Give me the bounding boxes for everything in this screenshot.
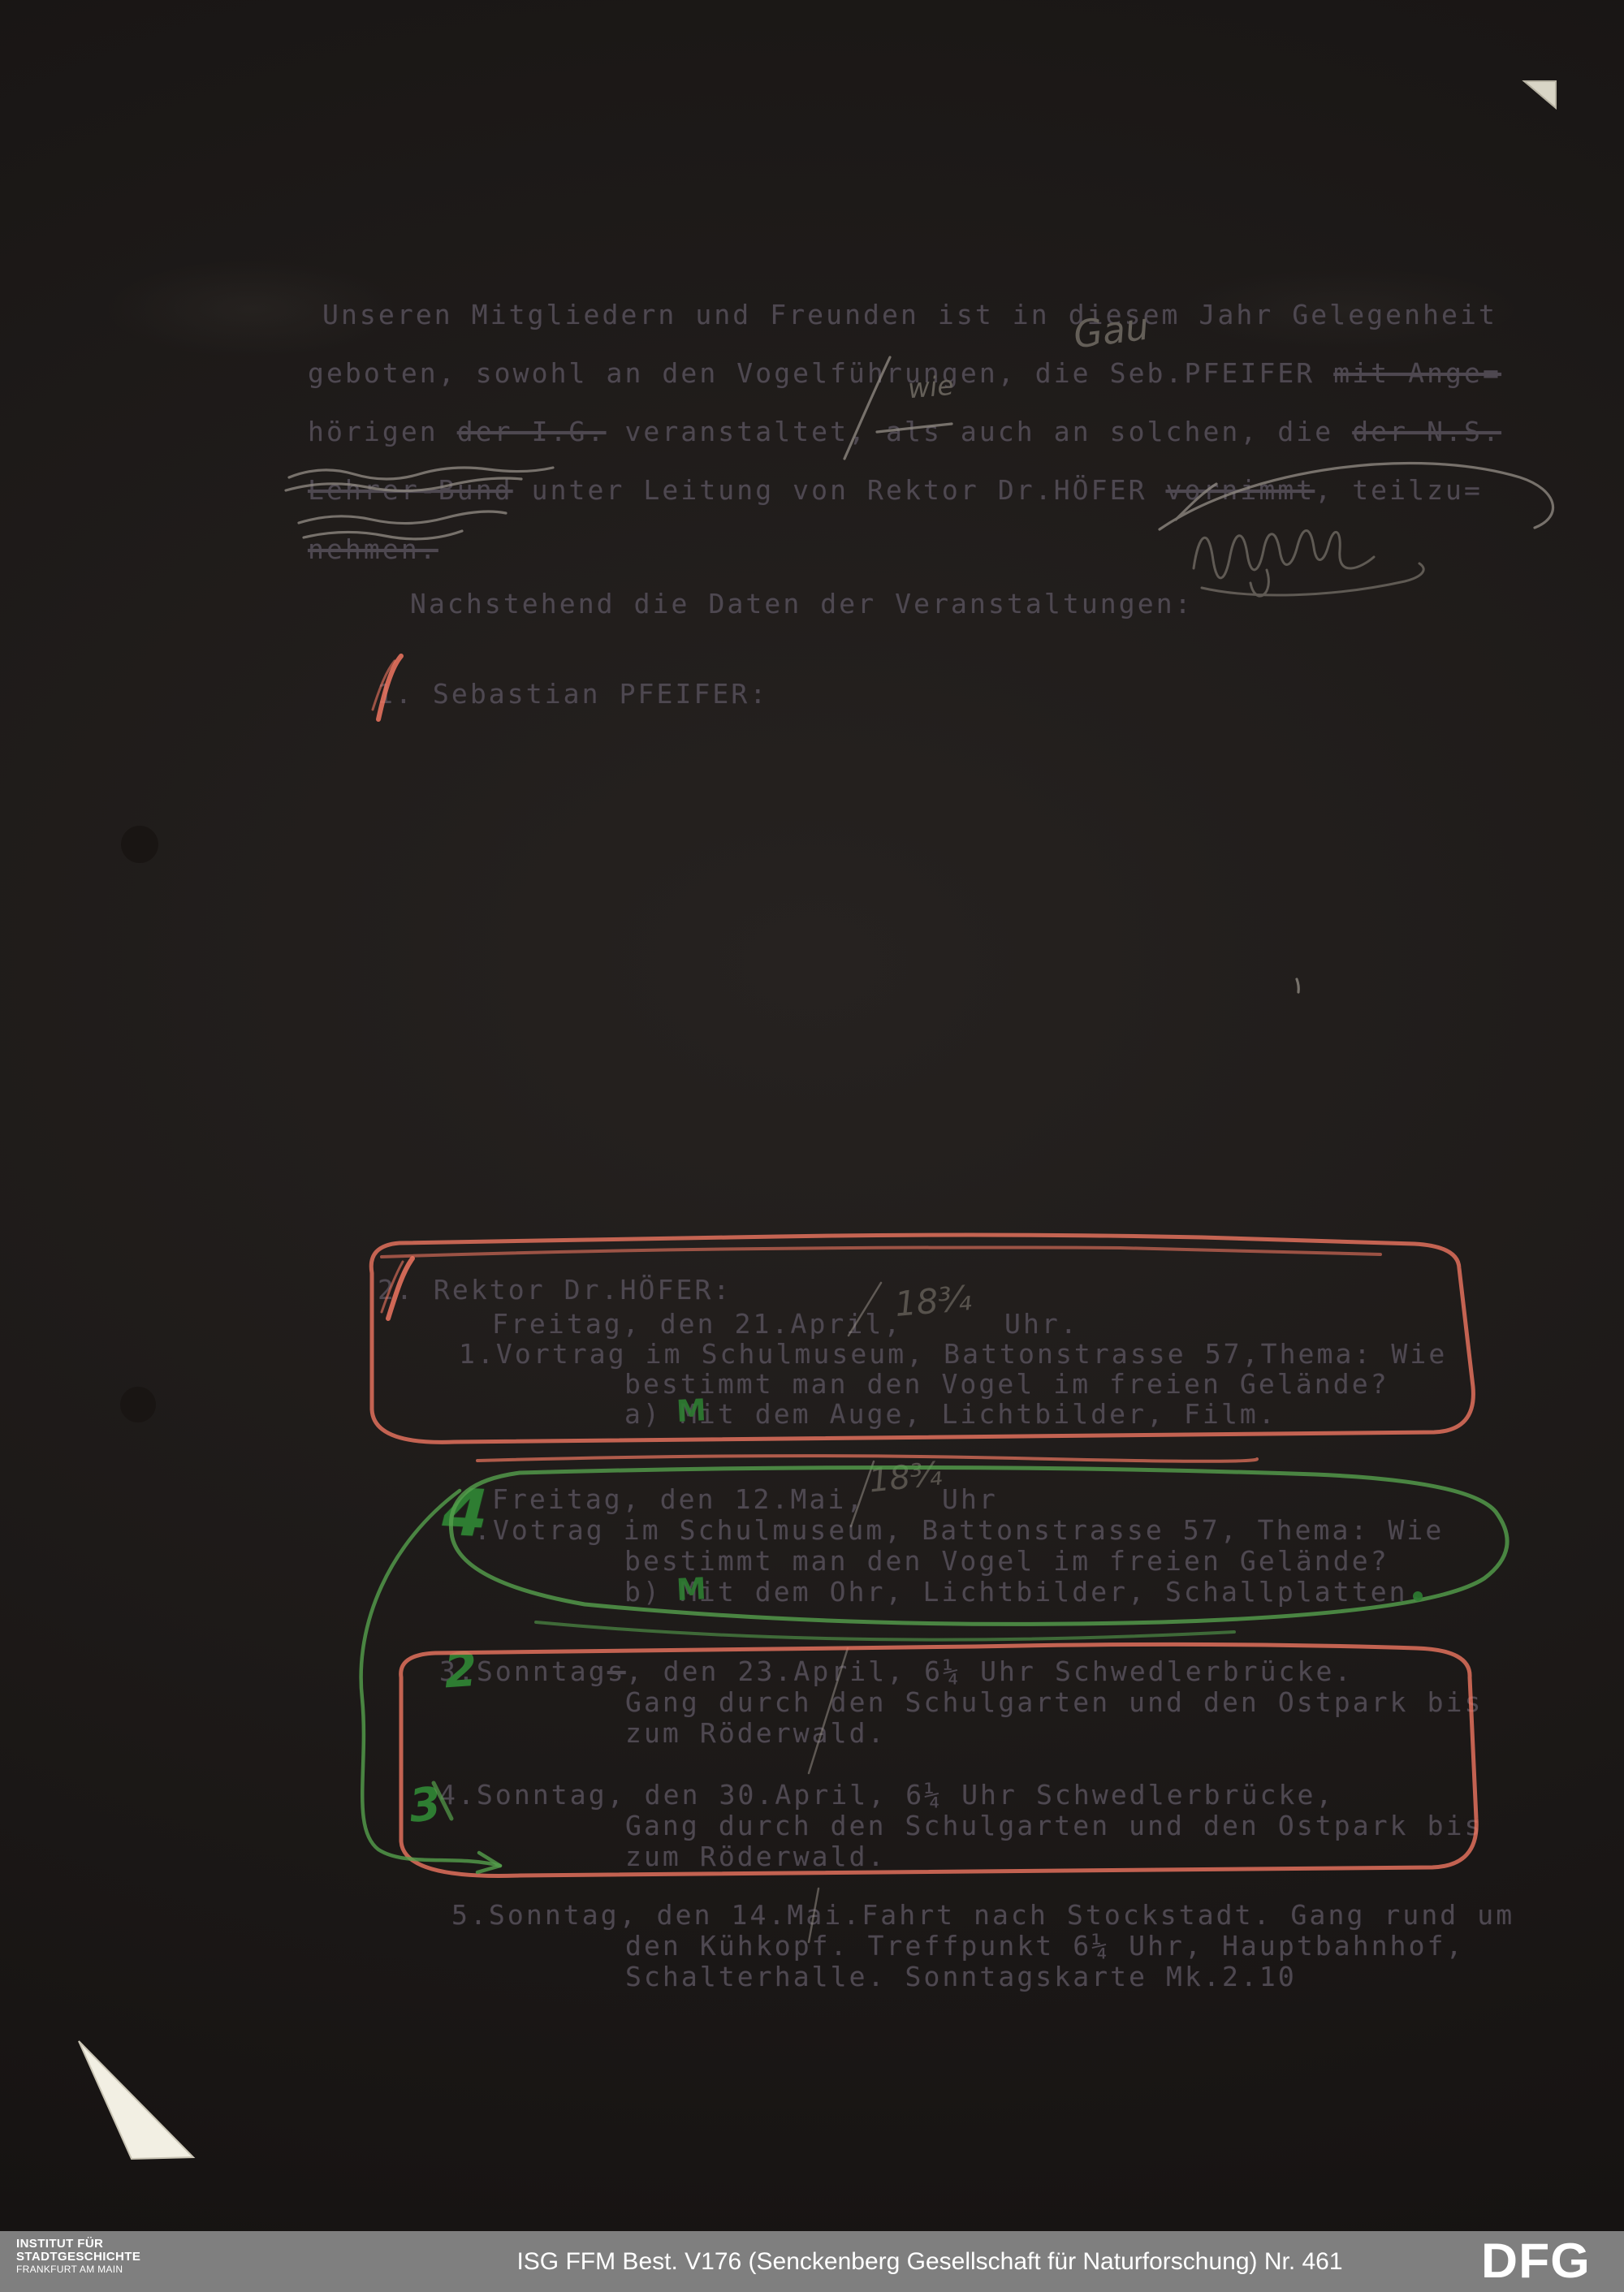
typed-text: Uhr [942, 1483, 998, 1515]
institute-logo-block: INSTITUT FÜR STADTGESCHICHTE FRANKFURT A… [16, 2238, 140, 2276]
typed-text: Gang durch den Schulgarten und den Ostpa… [625, 1686, 1484, 1718]
typed-text: zum Röderwald. [625, 1717, 887, 1749]
typed-line: nehmen. [308, 536, 438, 563]
typed-line: geboten, sowohl an den Vogelführungen, d… [308, 360, 1501, 386]
typed-line: 1.Vortrag im Schulmuseum, Battonstrasse … [459, 1340, 1447, 1367]
typed-text: Schalterhalle. Sonntagskarte Mk.2.10 [625, 1961, 1297, 1992]
typed-line: Lehrer-Bund unter Leitung von Rektor Dr.… [308, 477, 1483, 503]
struck-text: s [607, 1655, 626, 1687]
struck-text: mit Ange= [1333, 357, 1501, 389]
scan-background-mat: Unseren Mitgliedern und Freunden ist in … [0, 0, 1624, 2292]
handwritten-word-gau: Gau [1072, 308, 1151, 354]
typed-text: auch an solchen, die [942, 416, 1352, 447]
typed-line-item1: 1. Sebastian PFEIFER: [377, 680, 768, 707]
pencil-struck-text: als [886, 416, 942, 447]
typed-text: 1.Vortrag im Schulmuseum, Battonstrasse … [459, 1338, 1447, 1370]
typed-text: a) Mit dem Auge, Lichtbilder, Film. [624, 1398, 1277, 1430]
typed-line: b) Mit dem Ohr, Lichtbilder, Schallplatt… [624, 1578, 1427, 1605]
typed-line: .Votrag im Schulmuseum, Battonstrasse 57… [474, 1517, 1444, 1543]
typed-text: , den 23.April, 6¼ Uhr Schwedlerbrücke. [626, 1655, 1354, 1687]
handwritten-green-letter-m: M [676, 1395, 707, 1427]
typed-line: Schalterhalle. Sonntagskarte Mk.2.10 [625, 1963, 1297, 1990]
handwritten-green-number-2: 2 [443, 1646, 478, 1695]
typed-line: den Kühkopf. Treffpunkt 6¼ Uhr, Hauptbah… [625, 1932, 1465, 1959]
typed-line: Uhr. [1004, 1310, 1079, 1337]
typed-line: zum Röderwald. [625, 1843, 887, 1870]
typed-text: Freitag, den 21.April, [492, 1308, 902, 1340]
typed-line-b2-heading: 2. Rektor Dr.HÖFER: [378, 1276, 732, 1303]
institute-name-line3: FRANKFURT AM MAIN [16, 2264, 140, 2276]
typed-text: 1. Sebastian PFEIFER: [377, 678, 768, 710]
typed-text: bestimmt man den Vogel im freien Gelände… [624, 1368, 1389, 1400]
typed-line: hörigen der I.G. veranstaltet, als auch … [308, 418, 1501, 445]
struck-text: der I.G. [457, 416, 607, 447]
footer-archive-bar: INSTITUT FÜR STADTGESCHICHTE FRANKFURT A… [0, 2231, 1624, 2292]
typed-line: Freitag, den 21.April, [492, 1310, 902, 1337]
struck-text: vornimmt [1166, 474, 1315, 506]
typed-line: bestimmt man den Vogel im freien Gelände… [624, 1547, 1389, 1574]
typed-text: Uhr. [1004, 1308, 1079, 1340]
typed-line: bestimmt man den Vogel im freien Gelände… [624, 1370, 1389, 1397]
struck-text: nehmen. [308, 533, 438, 565]
typed-text: 4.Sonntag, den 30.April, 6¼ Uhr Schwedle… [439, 1779, 1334, 1811]
struck-text: der N.S. [1352, 416, 1501, 447]
institute-name-line2: STADTGESCHICHTE [16, 2251, 140, 2264]
typed-text: Nachstehend die Daten der Veranstaltunge… [410, 588, 1194, 619]
typed-line: 3.Sonntags, den 23.April, 6¼ Uhr Schwedl… [439, 1658, 1353, 1685]
handwritten-green-number-3: 3 [407, 1781, 443, 1830]
typed-text: zum Röderwald. [625, 1841, 887, 1872]
archive-reference-text: ISG FFM Best. V176 (Senckenberg Gesellsc… [516, 2248, 1342, 2276]
typed-text: , teilzu= [1315, 474, 1483, 506]
typed-line: zum Röderwald. [625, 1720, 887, 1746]
typed-line: Gang durch den Schulgarten und den Ostpa… [625, 1812, 1484, 1839]
typed-line: Unseren Mitgliedern und Freunden ist in … [322, 301, 1497, 328]
typed-line-intro: Nachstehend die Daten der Veranstaltunge… [410, 590, 1194, 617]
typed-text: b) Mit dem Ohr, Lichtbilder, Schallplatt… [624, 1576, 1427, 1608]
handwritten-time-1845: 18¾ [867, 1457, 943, 1497]
typed-line: Uhr [942, 1486, 998, 1513]
typed-line: a) Mit dem Auge, Lichtbilder, Film. [624, 1401, 1277, 1427]
typed-text: Unseren Mitgliedern und Freunden ist in … [322, 299, 1497, 330]
typed-line: Freitag, den 12.Mai, [492, 1486, 865, 1513]
typed-text: Freitag, den 12.Mai, [492, 1483, 865, 1515]
typed-text: 5.Sonntag, den 14.Mai.Fahrt nach Stockst… [451, 1899, 1514, 1931]
typed-text: unter Leitung von Rektor Dr.HÖFER [513, 474, 1166, 506]
handwritten-green-letter-m: M [676, 1573, 707, 1605]
dfg-logo: DFG [1481, 2233, 1591, 2289]
typed-text: bestimmt man den Vogel im freien Gelände… [624, 1545, 1389, 1577]
struck-text: Lehrer-Bund [308, 474, 513, 506]
typed-line: 4.Sonntag, den 30.April, 6¼ Uhr Schwedle… [439, 1781, 1334, 1808]
typed-text: 2. Rektor Dr.HÖFER: [378, 1274, 732, 1306]
handwritten-time-1845: 18¾ [893, 1281, 972, 1322]
typed-text: hörigen [308, 416, 457, 447]
typed-line: 5.Sonntag, den 14.Mai.Fahrt nach Stockst… [451, 1901, 1514, 1928]
typed-text: veranstaltet, [607, 416, 887, 447]
handwritten-green-number-4: 4 [441, 1480, 490, 1547]
typed-text: Gang durch den Schulgarten und den Ostpa… [625, 1810, 1484, 1841]
typed-text: den Kühkopf. Treffpunkt 6¼ Uhr, Hauptbah… [625, 1930, 1465, 1962]
handwritten-word-wie: wie [907, 372, 955, 403]
typed-line: Gang durch den Schulgarten und den Ostpa… [625, 1689, 1484, 1716]
typed-text: .Votrag im Schulmuseum, Battonstrasse 57… [474, 1514, 1444, 1546]
typed-text: geboten, sowohl an den Vogelführungen, d… [308, 357, 1333, 389]
institute-name-line1: INSTITUT FÜR [16, 2238, 140, 2251]
